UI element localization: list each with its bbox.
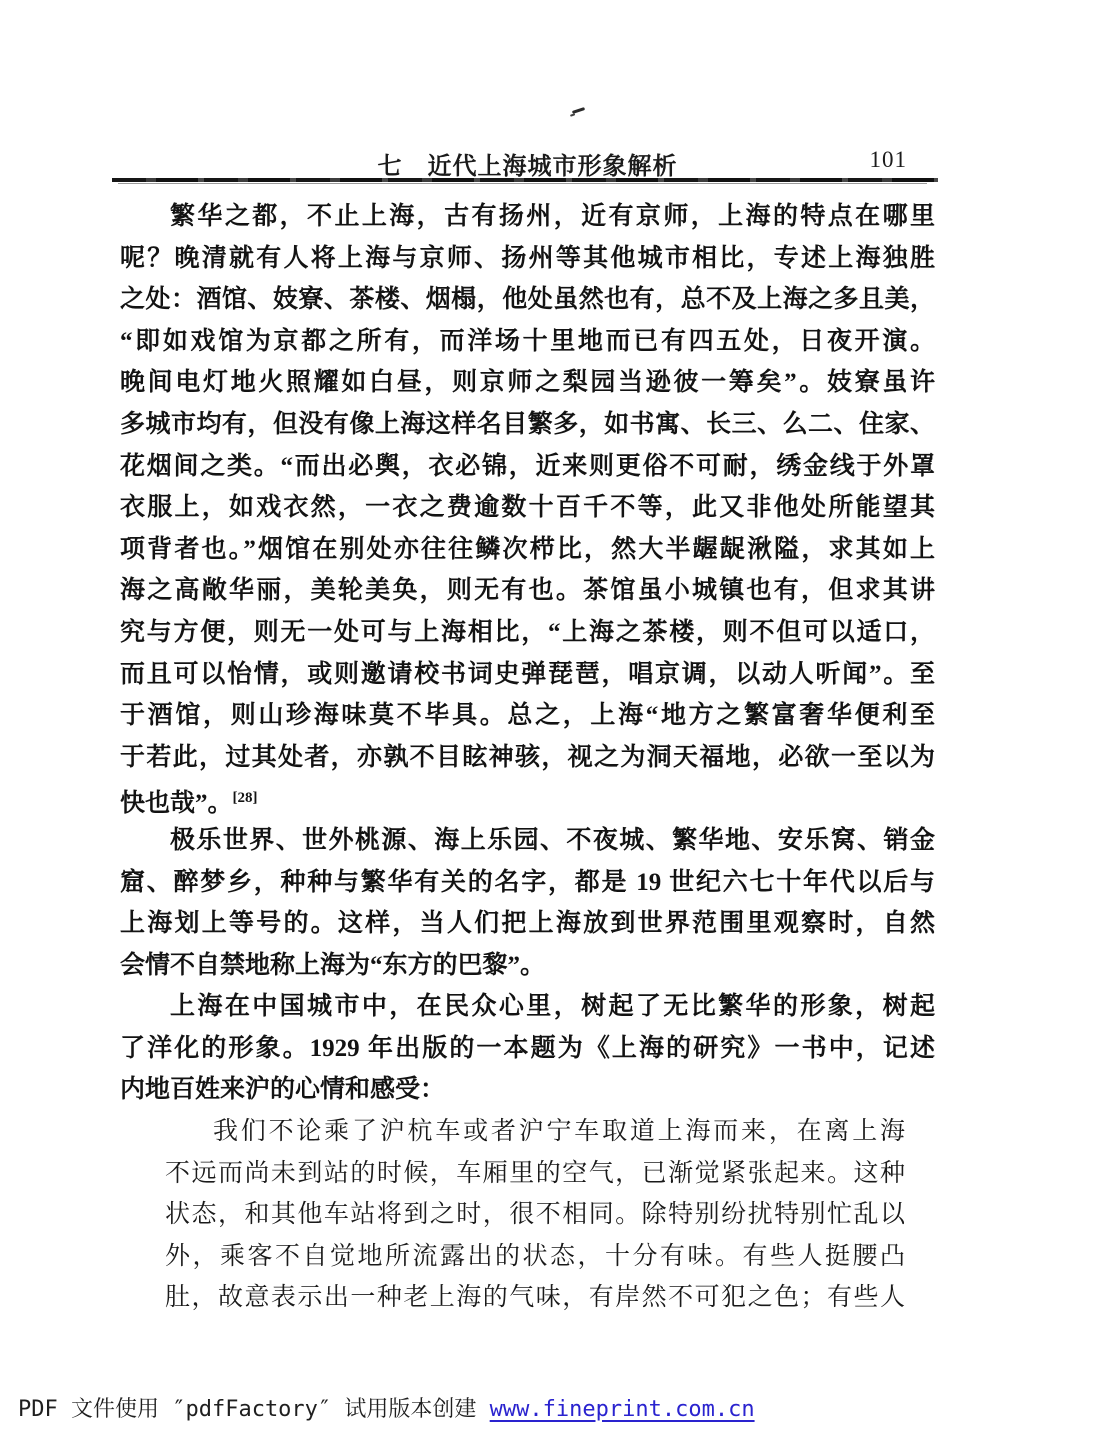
text-line: 上海在中国城市中，在民众心里，树起了无比繁华的形象，树起	[120, 986, 935, 1028]
text-line: 呢？晚清就有人将上海与京师、扬州等其他城市相比，专述上海独胜	[120, 238, 935, 280]
footnote-reference-28[interactable]: [28]	[233, 790, 258, 806]
pdf-watermark-footer: PDF 文件使用 ″pdfFactory″ 试用版本创建 www.finepri…	[18, 1392, 1078, 1424]
text-line: 晚间电灯地火照耀如白昼，则京师之梨园当逊彼一筹矣”。妓寮虽许	[120, 362, 935, 404]
text-line: 海之高敞华丽，美轮美奂，则无有也。茶馆虽小城镇也有，但求其讲	[120, 570, 935, 612]
text-line: 会情不自禁地称上海为“东方的巴黎”。	[120, 945, 935, 987]
scan-speck-artifact	[572, 107, 585, 114]
quote-line: 外，乘客不自觉地所流露出的状态，十分有味。有些人挺腰凸	[165, 1236, 905, 1278]
fineprint-link[interactable]: www.fineprint.com.cn	[490, 1397, 755, 1422]
body-text-column: 繁华之都，不止上海，古有扬州，近有京师，上海的特点在哪里 呢？晚清就有人将上海与…	[120, 196, 935, 1319]
paragraph-1: 繁华之都，不止上海，古有扬州，近有京师，上海的特点在哪里 呢？晚清就有人将上海与…	[120, 196, 935, 820]
text-line: 上海划上等号的。这样，当人们把上海放到世界范围里观察时，自然	[120, 903, 935, 945]
paragraph-2: 极乐世界、世外桃源、海上乐园、不夜城、繁华地、安乐窝、销金 窟、醉梦乡，种种与繁…	[120, 820, 935, 986]
text-line: 极乐世界、世外桃源、海上乐园、不夜城、繁华地、安乐窝、销金	[120, 820, 935, 862]
quote-line: 我们不论乘了沪杭车或者沪宁车取道上海而来，在离上海	[165, 1111, 905, 1153]
text-line: 繁华之都，不止上海，古有扬州，近有京师，上海的特点在哪里	[120, 196, 935, 238]
text-line: 了洋化的形象。1929 年出版的一本题为《上海的研究》一书中，记述	[120, 1028, 935, 1070]
page-header: 七 近代上海城市形象解析 101	[118, 146, 937, 176]
chapter-title: 七 近代上海城市形象解析	[118, 146, 937, 181]
text-line: 花烟间之类。“而出必舆，衣必锦，近来则更俗不可耐，绣金线于外罩	[120, 446, 935, 488]
text-line: 窟、醉梦乡，种种与繁华有关的名字，都是 19 世纪六七十年代以后与	[120, 862, 935, 904]
header-divider-rule	[112, 178, 938, 182]
quote-line: 不远而尚未到站的时候，车厢里的空气，已渐觉紧张起来。这种	[165, 1153, 905, 1195]
text-line: 于酒馆，则山珍海味莫不毕具。总之，上海“地方之繁富奢华便利至	[120, 695, 935, 737]
text-line: “即如戏馆为京都之所有，而洋场十里地而已有四五处，日夜开演。	[120, 321, 935, 363]
text-line: 而且可以怡情，或则邀请校书词史弹琵琶，唱京调，以动人听闻”。至	[120, 654, 935, 696]
quote-line: 肚，故意表示出一种老上海的气味，有岸然不可犯之色；有些人	[165, 1277, 905, 1319]
text-line: 内地百姓来沪的心情和感受：	[120, 1069, 935, 1111]
text-line: 项背者也。”烟馆在别处亦往往鳞次栉比，然大半龌龊湫隘，求其如上	[120, 529, 935, 571]
text-line: 多城市均有，但没有像上海这样名目繁多，如书寓、长三、么二、住家、	[120, 404, 935, 446]
watermark-text: PDF 文件使用 ″pdfFactory″ 试用版本创建	[18, 1397, 490, 1422]
paragraph-3: 上海在中国城市中，在民众心里，树起了无比繁华的形象，树起 了洋化的形象。1929…	[120, 986, 935, 1111]
text-line-with-footnote: 快也哉”。[28]	[120, 778, 935, 820]
scanned-book-page: { "header": { "title": "七 近代上海城市形象解析", "…	[0, 0, 1096, 1435]
text-line: 之处：酒馆、妓寮、茶楼、烟榻，他处虽然也有，总不及上海之多且美，	[120, 279, 935, 321]
text-line: 于若此，过其处者，亦孰不目眩神骇，视之为洞天福地，必欲一至以为	[120, 737, 935, 779]
page-number: 101	[870, 147, 908, 173]
quote-line: 状态，和其他车站将到之时，很不相同。除特别纷扰特别忙乱以	[165, 1194, 905, 1236]
text-fragment: 快也哉”。	[120, 790, 233, 817]
text-line: 究与方便，则无一处可与上海相比，“上海之茶楼，则不但可以适口，	[120, 612, 935, 654]
text-line: 衣服上，如戏衣然，一衣之费逾数十百千不等，此又非他处所能望其	[120, 487, 935, 529]
block-quote: 我们不论乘了沪杭车或者沪宁车取道上海而来，在离上海 不远而尚未到站的时候，车厢里…	[165, 1111, 905, 1319]
